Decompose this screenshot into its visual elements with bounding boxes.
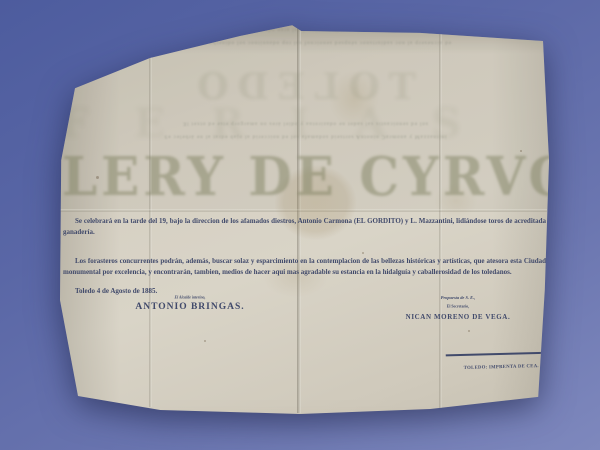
poster-paper: odacilbup etse ed otxet le senoicnuf sal… — [0, 0, 600, 450]
dateline: Toledo 4 de Agosto de 1885. — [75, 287, 157, 295]
foxing-dot — [520, 150, 522, 152]
foxing-dot — [468, 330, 470, 332]
signature-left-name: ANTONIO BRINGAS. — [120, 302, 260, 312]
paragraph-event-announcement: Se celebrará en la tarde del 19, bajo la… — [63, 216, 546, 237]
poster-paper-wrapper: odacilbup etse ed otxet le senoicnuf sal… — [0, 0, 600, 450]
foxing-dot — [362, 252, 364, 254]
signature-right-name: NICAN MORENO DE VEGA. — [388, 313, 528, 321]
signature-right-subrole: El Secretario, — [420, 304, 497, 308]
printer-imprint-text: TOLEDO: IMPRENTA DE CEA. — [464, 363, 539, 370]
signature-block-left: El Alcalde interino, ANTONIO BRINGAS. — [120, 295, 260, 312]
photo-stage: odacilbup etse ed otxet le senoicnuf sal… — [0, 0, 600, 450]
paragraph-visitors-invitation: Los forasteros concurrentes podrán, adem… — [63, 256, 546, 277]
stain-upper — [318, 58, 390, 140]
foxing-dot — [204, 340, 206, 342]
printer-imprint: TOLEDO: IMPRENTA DE CEA. — [446, 352, 555, 377]
signature-right-role: Propuesta de S. E., — [420, 295, 497, 300]
signature-block-right: Propuesta de S. E., El Secretario, NICAN… — [388, 295, 528, 321]
signature-left-role: El Alcalde interino, — [152, 295, 229, 299]
stain-center — [258, 150, 373, 255]
foxing-dot — [96, 176, 99, 179]
